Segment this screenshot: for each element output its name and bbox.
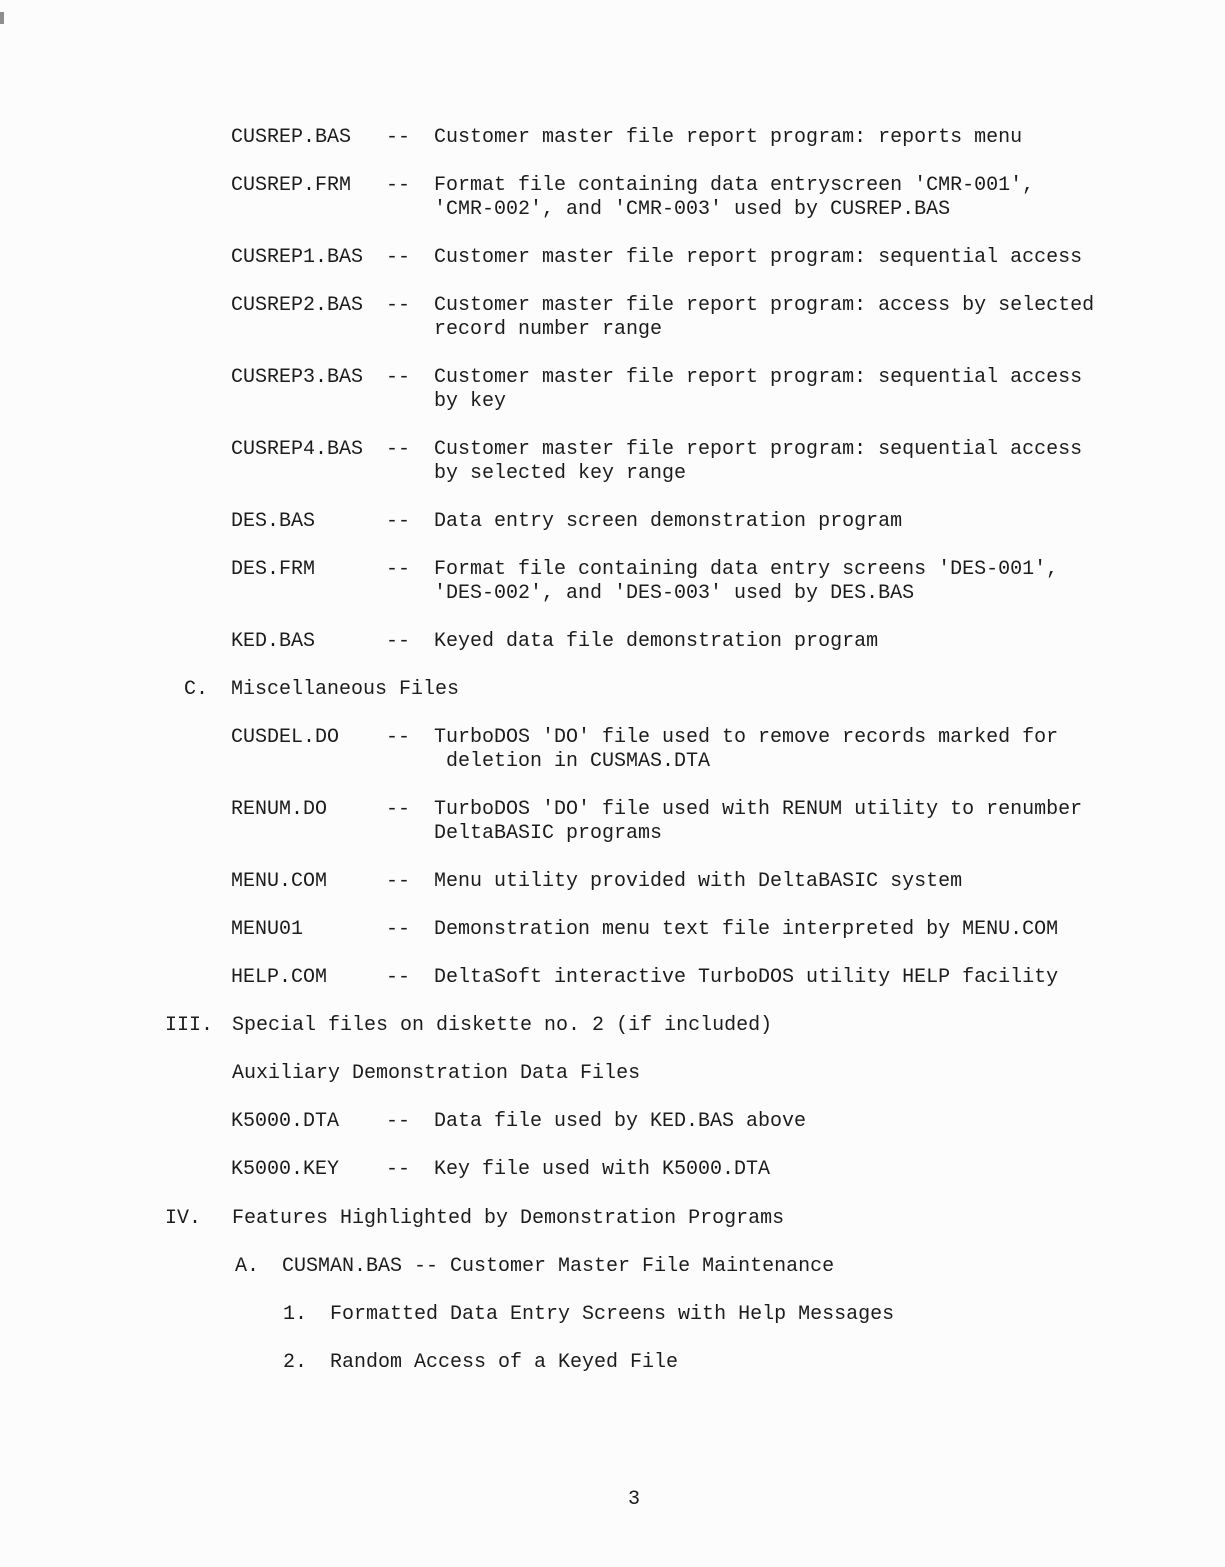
file-name: CUSREP2.BAS bbox=[231, 294, 386, 342]
file-description: Format file containing data entry screen… bbox=[434, 558, 1134, 606]
file-description: Customer master file report program: seq… bbox=[434, 438, 1134, 486]
subsection-title: CUSMAN.BAS -- Customer Master File Maint… bbox=[282, 1255, 1225, 1279]
file-entry: CUSDEL.DO -- TurboDOS 'DO' file used to … bbox=[231, 726, 1225, 774]
file-entry: HELP.COM -- DeltaSoft interactive TurboD… bbox=[231, 966, 1225, 990]
file-name: MENU.COM bbox=[231, 870, 386, 894]
file-name: K5000.DTA bbox=[231, 1110, 386, 1134]
file-description: TurboDOS 'DO' file used to remove record… bbox=[434, 726, 1134, 774]
file-name: CUSDEL.DO bbox=[231, 726, 386, 774]
file-description: Data entry screen demonstration program bbox=[434, 510, 1134, 534]
dash-separator: -- bbox=[386, 126, 434, 150]
section-heading-iii: III. Special files on diskette no. 2 (if… bbox=[165, 1014, 1225, 1038]
dash-separator: -- bbox=[386, 726, 434, 774]
item-number: 2. bbox=[283, 1351, 330, 1375]
file-description: Customer master file report program: seq… bbox=[434, 246, 1134, 270]
file-name: HELP.COM bbox=[231, 966, 386, 990]
section-title: Special files on diskette no. 2 (if incl… bbox=[232, 1014, 1225, 1038]
dash-separator: -- bbox=[386, 918, 434, 942]
file-name: K5000.KEY bbox=[231, 1158, 386, 1182]
file-description: Format file containing data entryscreen … bbox=[434, 174, 1134, 222]
section-numeral: IV. bbox=[165, 1207, 232, 1231]
file-entry: DES.FRM -- Format file containing data e… bbox=[231, 558, 1225, 606]
section-heading-iv: IV. Features Highlighted by Demonstratio… bbox=[165, 1207, 1225, 1231]
scan-artifact-mark bbox=[0, 12, 4, 24]
file-description: Menu utility provided with DeltaBASIC sy… bbox=[434, 870, 1134, 894]
dash-separator: -- bbox=[386, 1158, 434, 1182]
file-entry: CUSREP4.BAS -- Customer master file repo… bbox=[231, 438, 1225, 486]
file-description: Keyed data file demonstration program bbox=[434, 630, 1134, 654]
file-name: CUSREP.FRM bbox=[231, 174, 386, 222]
file-description: Demonstration menu text file interpreted… bbox=[434, 918, 1134, 942]
dash-separator: -- bbox=[386, 246, 434, 270]
dash-separator: -- bbox=[386, 294, 434, 342]
file-description: DeltaSoft interactive TurboDOS utility H… bbox=[434, 966, 1134, 990]
file-name: CUSREP4.BAS bbox=[231, 438, 386, 486]
file-description: Customer master file report program: rep… bbox=[434, 126, 1134, 150]
dash-separator: -- bbox=[386, 630, 434, 654]
file-entry: CUSREP1.BAS -- Customer master file repo… bbox=[231, 246, 1225, 270]
file-description: TurboDOS 'DO' file used with RENUM utili… bbox=[434, 798, 1134, 846]
file-name: CUSREP3.BAS bbox=[231, 366, 386, 414]
dash-separator: -- bbox=[386, 870, 434, 894]
dash-separator: -- bbox=[386, 966, 434, 990]
subsection-letter: A. bbox=[235, 1255, 282, 1279]
dash-separator: -- bbox=[386, 1110, 434, 1134]
file-entry: K5000.KEY -- Key file used with K5000.DT… bbox=[231, 1158, 1225, 1182]
file-entry: CUSREP.FRM -- Format file containing dat… bbox=[231, 174, 1225, 222]
numbered-item: 1. Formatted Data Entry Screens with Hel… bbox=[283, 1303, 1225, 1327]
item-text: Formatted Data Entry Screens with Help M… bbox=[330, 1303, 1225, 1327]
dash-separator: -- bbox=[386, 438, 434, 486]
file-entry: KED.BAS -- Keyed data file demonstration… bbox=[231, 630, 1225, 654]
file-name: DES.FRM bbox=[231, 558, 386, 606]
subsection-letter: C. bbox=[184, 678, 231, 702]
file-entry: MENU01 -- Demonstration menu text file i… bbox=[231, 918, 1225, 942]
file-entry: MENU.COM -- Menu utility provided with D… bbox=[231, 870, 1225, 894]
file-name: MENU01 bbox=[231, 918, 386, 942]
file-name: DES.BAS bbox=[231, 510, 386, 534]
file-entry: CUSREP2.BAS -- Customer master file repo… bbox=[231, 294, 1225, 342]
file-entry: DES.BAS -- Data entry screen demonstrati… bbox=[231, 510, 1225, 534]
section-title: Features Highlighted by Demonstration Pr… bbox=[232, 1207, 1225, 1231]
file-name: CUSREP.BAS bbox=[231, 126, 386, 150]
item-number: 1. bbox=[283, 1303, 330, 1327]
subsection-heading-misc: C. Miscellaneous Files bbox=[184, 678, 1225, 702]
dash-separator: -- bbox=[386, 558, 434, 606]
file-description: Customer master file report program: seq… bbox=[434, 366, 1134, 414]
file-entry: CUSREP.BAS -- Customer master file repor… bbox=[231, 126, 1225, 150]
numbered-item: 2. Random Access of a Keyed File bbox=[283, 1351, 1225, 1375]
file-description: Customer master file report program: acc… bbox=[434, 294, 1134, 342]
dash-separator: -- bbox=[386, 510, 434, 534]
section-numeral: III. bbox=[165, 1014, 232, 1038]
dash-separator: -- bbox=[386, 366, 434, 414]
file-description: Data file used by KED.BAS above bbox=[434, 1110, 1134, 1134]
section-subtitle: Auxiliary Demonstration Data Files bbox=[232, 1062, 1225, 1086]
file-entry: K5000.DTA -- Data file used by KED.BAS a… bbox=[231, 1110, 1225, 1134]
file-name: KED.BAS bbox=[231, 630, 386, 654]
item-text: Random Access of a Keyed File bbox=[330, 1351, 1225, 1375]
dash-separator: -- bbox=[386, 174, 434, 222]
page-number: 3 bbox=[628, 1488, 640, 1512]
file-name: RENUM.DO bbox=[231, 798, 386, 846]
subsection-heading-a: A. CUSMAN.BAS -- Customer Master File Ma… bbox=[235, 1255, 1225, 1279]
document-page: CUSREP.BAS -- Customer master file repor… bbox=[0, 0, 1225, 1567]
file-name: CUSREP1.BAS bbox=[231, 246, 386, 270]
file-entry: CUSREP3.BAS -- Customer master file repo… bbox=[231, 366, 1225, 414]
subsection-title: Miscellaneous Files bbox=[231, 678, 1225, 702]
file-description: Key file used with K5000.DTA bbox=[434, 1158, 1134, 1182]
dash-separator: -- bbox=[386, 798, 434, 846]
file-entry: RENUM.DO -- TurboDOS 'DO' file used with… bbox=[231, 798, 1225, 846]
